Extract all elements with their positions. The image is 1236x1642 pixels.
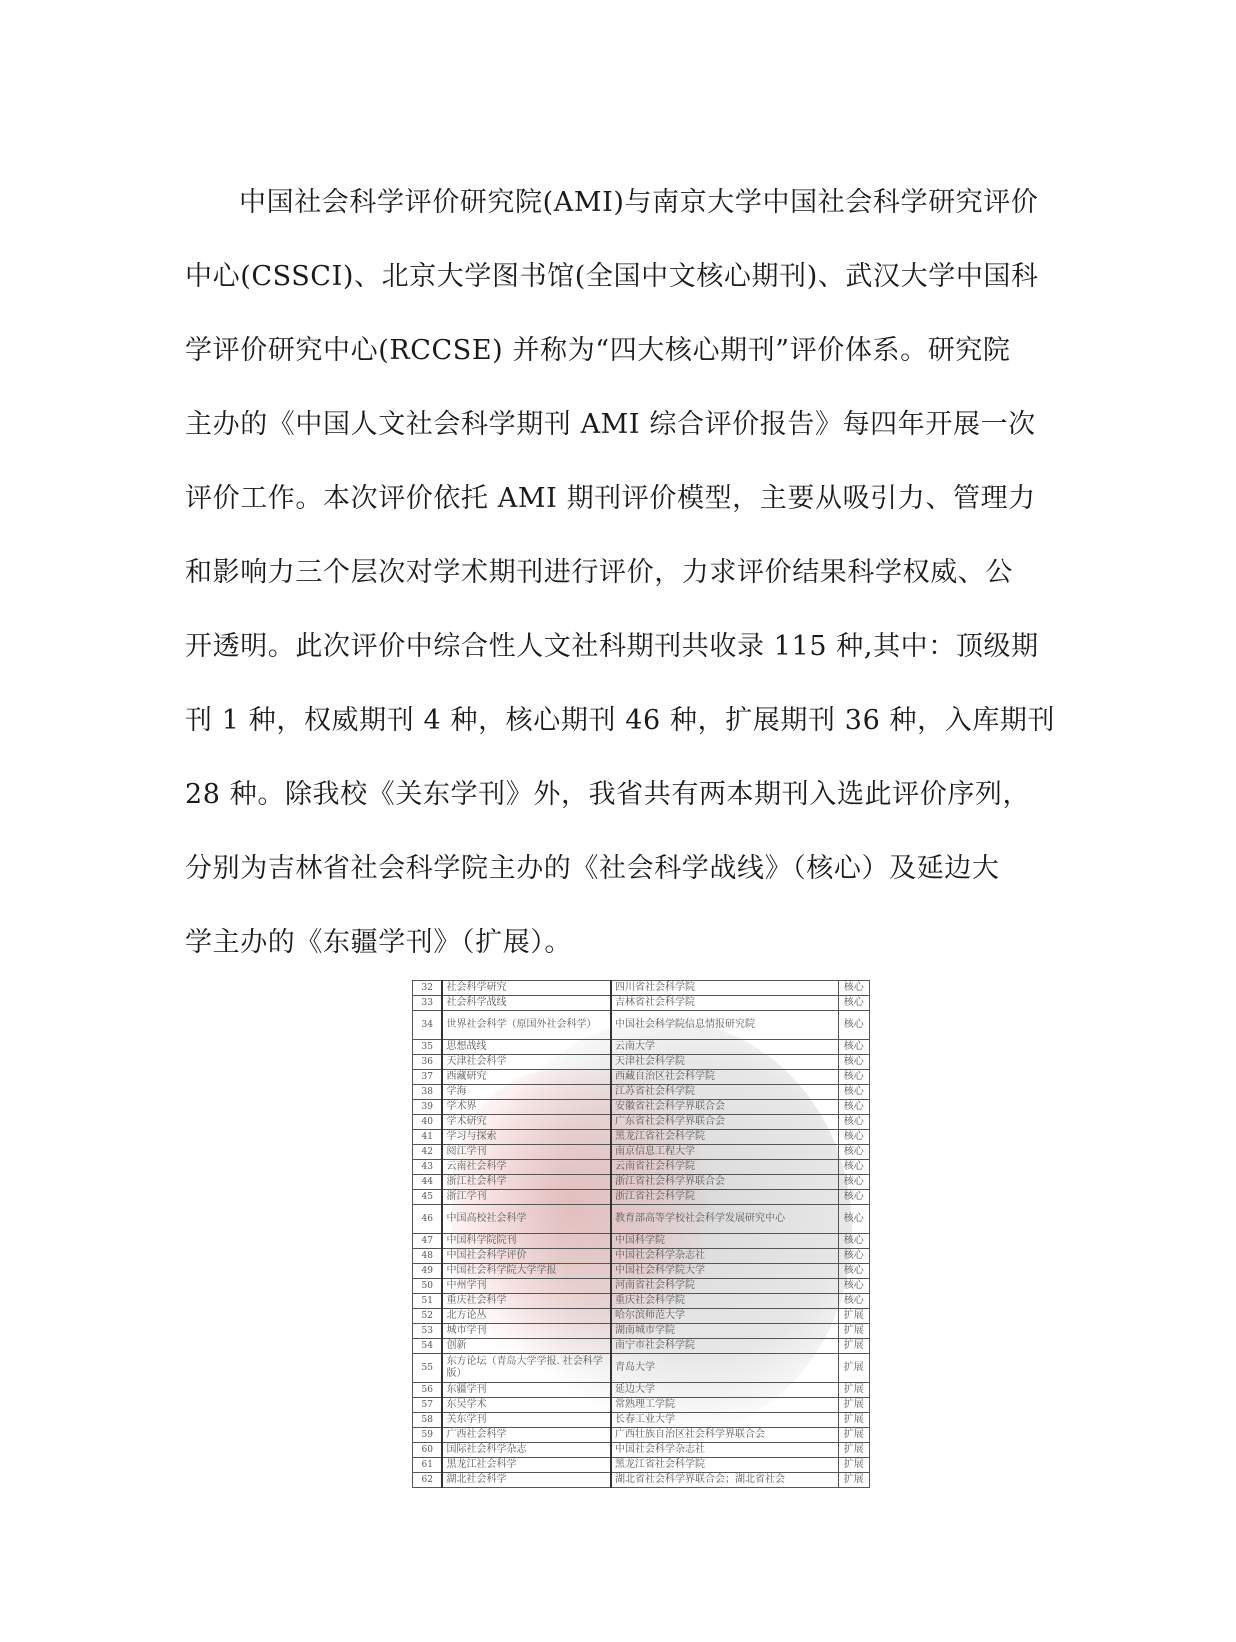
row-number-cell: 42 (413, 1145, 443, 1160)
journal-name-cell: 东疆学刊 (442, 1383, 611, 1398)
table-row: 42阅江学刊南京信息工程大学核心 (413, 1145, 870, 1160)
table-row: 34世界社会科学（原国外社会科学）中国社会科学院信息情报研究院核心 (413, 1011, 870, 1040)
journal-name-cell: 中州学刊 (442, 1279, 611, 1294)
publisher-cell: 西藏自治区社会科学院 (611, 1070, 838, 1085)
table-row: 56东疆学刊延边大学扩展 (413, 1383, 870, 1398)
table-row: 47中国科学院院刊中国科学院核心 (413, 1234, 870, 1249)
journal-table-body: 32社会科学研究四川省社会科学院核心33社会科学战线吉林省社会科学院核心34世界… (413, 981, 870, 1488)
journal-name-cell: 关东学刊 (442, 1413, 611, 1428)
table-row: 38学海江苏省社会科学院核心 (413, 1085, 870, 1100)
level-cell: 扩展 (838, 1473, 870, 1488)
paragraph-line: 评价工作。本次评价依托 AMI 期刊评价模型，主要从吸引力、管理力 (185, 471, 1025, 545)
row-number-cell: 47 (413, 1234, 443, 1249)
publisher-cell: 四川省社会科学院 (611, 981, 838, 996)
level-cell: 扩展 (838, 1398, 870, 1413)
publisher-cell: 中国社会科学杂志社 (611, 1249, 838, 1264)
row-number-cell: 50 (413, 1279, 443, 1294)
publisher-cell: 南宁市社会科学院 (611, 1339, 838, 1354)
paragraph-line: 刊 1 种，权威期刊 4 种，核心期刊 46 种，扩展期刊 36 种，入库期刊 (185, 693, 1025, 767)
level-cell: 扩展 (838, 1309, 870, 1324)
paragraph-line: 主办的《中国人文社会科学期刊 AMI 综合评价报告》每四年开展一次 (185, 397, 1025, 471)
journal-name-cell: 中国社会科学评价 (442, 1249, 611, 1264)
row-number-cell: 51 (413, 1294, 443, 1309)
table-row: 39学术界安徽省社会科学界联合会核心 (413, 1100, 870, 1115)
table-row: 35思想战线云南大学核心 (413, 1040, 870, 1055)
level-cell: 核心 (838, 1294, 870, 1309)
publisher-cell: 浙江省社会科学界联合会 (611, 1175, 838, 1190)
row-number-cell: 52 (413, 1309, 443, 1324)
level-cell: 扩展 (838, 1443, 870, 1458)
journal-name-cell: 黑龙江社会科学 (442, 1458, 611, 1473)
level-cell: 核心 (838, 1234, 870, 1249)
publisher-cell: 教育部高等学校社会科学发展研究中心 (611, 1205, 838, 1234)
level-cell: 扩展 (838, 1458, 870, 1473)
level-cell: 核心 (838, 1100, 870, 1115)
journal-name-cell: 重庆社会科学 (442, 1294, 611, 1309)
level-cell: 核心 (838, 1175, 870, 1190)
publisher-cell: 青岛大学 (611, 1354, 838, 1383)
publisher-cell: 中国社会科学院大学 (611, 1264, 838, 1279)
publisher-cell: 浙江省社会科学院 (611, 1190, 838, 1205)
row-number-cell: 57 (413, 1398, 443, 1413)
level-cell: 扩展 (838, 1383, 870, 1398)
level-cell: 核心 (838, 1264, 870, 1279)
table-row: 32社会科学研究四川省社会科学院核心 (413, 981, 870, 996)
table-row: 61黑龙江社会科学黑龙江省社会科学院扩展 (413, 1458, 870, 1473)
journal-name-cell: 浙江学刊 (442, 1190, 611, 1205)
level-cell: 核心 (838, 1070, 870, 1085)
publisher-cell: 黑龙江省社会科学院 (611, 1458, 838, 1473)
level-cell: 核心 (838, 1279, 870, 1294)
journal-name-cell: 城市学刊 (442, 1324, 611, 1339)
publisher-cell: 广西壮族自治区社会科学界联合会 (611, 1428, 838, 1443)
level-cell: 核心 (838, 1011, 870, 1040)
row-number-cell: 56 (413, 1383, 443, 1398)
journal-name-cell: 学习与探索 (442, 1130, 611, 1145)
journal-name-cell: 国际社会科学杂志 (442, 1443, 611, 1458)
publisher-cell: 重庆社会科学院 (611, 1294, 838, 1309)
journal-name-cell: 天津社会科学 (442, 1055, 611, 1070)
table-row: 58关东学刊长春工业大学扩展 (413, 1413, 870, 1428)
row-number-cell: 49 (413, 1264, 443, 1279)
row-number-cell: 36 (413, 1055, 443, 1070)
row-number-cell: 32 (413, 981, 443, 996)
paragraph-line: 分别为吉林省社会科学院主办的《社会科学战线》（核心）及延边大 (185, 841, 1025, 915)
publisher-cell: 长春工业大学 (611, 1413, 838, 1428)
table-row: 52北方论丛哈尔滨师范大学扩展 (413, 1309, 870, 1324)
paragraph-line: 中心(CSSCI)、北京大学图书馆(全国中文核心期刊)、武汉大学中国科 (185, 249, 1025, 323)
row-number-cell: 34 (413, 1011, 443, 1040)
journal-name-cell: 社会科学战线 (442, 996, 611, 1011)
table-row: 60国际社会科学杂志中国社会科学杂志社扩展 (413, 1443, 870, 1458)
row-number-cell: 40 (413, 1115, 443, 1130)
table-row: 49中国社会科学院大学学报中国社会科学院大学核心 (413, 1264, 870, 1279)
journal-name-cell: 湖北社会科学 (442, 1473, 611, 1488)
table-row: 53城市学刊湖南城市学院扩展 (413, 1324, 870, 1339)
row-number-cell: 53 (413, 1324, 443, 1339)
table-row: 43云南社会科学云南省社会科学院核心 (413, 1160, 870, 1175)
journal-name-cell: 中国高校社会科学 (442, 1205, 611, 1234)
publisher-cell: 黑龙江省社会科学院 (611, 1130, 838, 1145)
journal-name-cell: 创新 (442, 1339, 611, 1354)
table-row: 37西藏研究西藏自治区社会科学院核心 (413, 1070, 870, 1085)
level-cell: 核心 (838, 1115, 870, 1130)
paragraph-line: 中国社会科学评价研究院(AMI)与南京大学中国社会科学研究评价 (185, 175, 1025, 249)
level-cell: 核心 (838, 1085, 870, 1100)
publisher-cell: 湖南城市学院 (611, 1324, 838, 1339)
table-row: 54创新南宁市社会科学院扩展 (413, 1339, 870, 1354)
level-cell: 核心 (838, 1190, 870, 1205)
publisher-cell: 中国社会科学杂志社 (611, 1443, 838, 1458)
journal-name-cell: 学术界 (442, 1100, 611, 1115)
publisher-cell: 江苏省社会科学院 (611, 1085, 838, 1100)
journal-name-cell: 浙江社会科学 (442, 1175, 611, 1190)
table-row: 33社会科学战线吉林省社会科学院核心 (413, 996, 870, 1011)
row-number-cell: 33 (413, 996, 443, 1011)
journal-name-cell: 北方论丛 (442, 1309, 611, 1324)
journal-name-cell: 阅江学刊 (442, 1145, 611, 1160)
paragraph-line: 学评价研究中心(RCCSE) 并称为“四大核心期刊”评价体系。研究院 (185, 323, 1025, 397)
row-number-cell: 58 (413, 1413, 443, 1428)
row-number-cell: 61 (413, 1458, 443, 1473)
table-row: 44浙江社会科学浙江省社会科学界联合会核心 (413, 1175, 870, 1190)
journal-table: 32社会科学研究四川省社会科学院核心33社会科学战线吉林省社会科学院核心34世界… (412, 980, 870, 1488)
level-cell: 扩展 (838, 1428, 870, 1443)
publisher-cell: 湖北省社会科学界联合会；湖北省社会 (611, 1473, 838, 1488)
journal-name-cell: 中国科学院院刊 (442, 1234, 611, 1249)
paragraph-line: 开透明。此次评价中综合性人文社科期刊共收录 115 种,其中：顶级期 (185, 619, 1025, 693)
publisher-cell: 中国科学院 (611, 1234, 838, 1249)
publisher-cell: 云南省社会科学院 (611, 1160, 838, 1175)
paragraph-line: 学主办的《东疆学刊》（扩展）。 (185, 915, 1025, 989)
journal-name-cell: 云南社会科学 (442, 1160, 611, 1175)
row-number-cell: 45 (413, 1190, 443, 1205)
journal-name-cell: 东吴学术 (442, 1398, 611, 1413)
row-number-cell: 39 (413, 1100, 443, 1115)
row-number-cell: 46 (413, 1205, 443, 1234)
table-row: 45浙江学刊浙江省社会科学院核心 (413, 1190, 870, 1205)
journal-name-cell: 广西社会科学 (442, 1428, 611, 1443)
journal-name-cell: 社会科学研究 (442, 981, 611, 996)
level-cell: 扩展 (838, 1339, 870, 1354)
level-cell: 核心 (838, 1205, 870, 1234)
publisher-cell: 吉林省社会科学院 (611, 996, 838, 1011)
table-row: 36天津社会科学天津社会科学院核心 (413, 1055, 870, 1070)
row-number-cell: 38 (413, 1085, 443, 1100)
paragraph-line: 28 种。除我校《关东学刊》外，我省共有两本期刊入选此评价序列， (185, 767, 1025, 841)
journal-name-cell: 学术研究 (442, 1115, 611, 1130)
publisher-cell: 安徽省社会科学界联合会 (611, 1100, 838, 1115)
table-row: 48中国社会科学评价中国社会科学杂志社核心 (413, 1249, 870, 1264)
row-number-cell: 43 (413, 1160, 443, 1175)
level-cell: 核心 (838, 1130, 870, 1145)
level-cell: 核心 (838, 981, 870, 996)
document-page: 中国社会科学评价研究院(AMI)与南京大学中国社会科学研究评价 中心(CSSCI… (0, 0, 1236, 1642)
row-number-cell: 54 (413, 1339, 443, 1354)
level-cell: 核心 (838, 1160, 870, 1175)
level-cell: 核心 (838, 996, 870, 1011)
table-row: 51重庆社会科学重庆社会科学院核心 (413, 1294, 870, 1309)
table-row: 59广西社会科学广西壮族自治区社会科学界联合会扩展 (413, 1428, 870, 1443)
journal-name-cell: 世界社会科学（原国外社会科学） (442, 1011, 611, 1040)
body-paragraph: 中国社会科学评价研究院(AMI)与南京大学中国社会科学研究评价 中心(CSSCI… (185, 175, 1025, 989)
row-number-cell: 41 (413, 1130, 443, 1145)
row-number-cell: 60 (413, 1443, 443, 1458)
level-cell: 核心 (838, 1040, 870, 1055)
row-number-cell: 37 (413, 1070, 443, 1085)
journal-name-cell: 学海 (442, 1085, 611, 1100)
table-row: 40学术研究广东省社会科学界联合会核心 (413, 1115, 870, 1130)
row-number-cell: 59 (413, 1428, 443, 1443)
publisher-cell: 河南省社会科学院 (611, 1279, 838, 1294)
row-number-cell: 44 (413, 1175, 443, 1190)
row-number-cell: 62 (413, 1473, 443, 1488)
journal-name-cell: 中国社会科学院大学学报 (442, 1264, 611, 1279)
level-cell: 扩展 (838, 1354, 870, 1383)
publisher-cell: 云南大学 (611, 1040, 838, 1055)
row-number-cell: 55 (413, 1354, 443, 1383)
level-cell: 扩展 (838, 1324, 870, 1339)
publisher-cell: 哈尔滨师范大学 (611, 1309, 838, 1324)
table-row: 55东方论坛（青岛大学学报. 社会科学版）青岛大学扩展 (413, 1354, 870, 1383)
table-row: 57东吴学术常熟理工学院扩展 (413, 1398, 870, 1413)
journal-name-cell: 东方论坛（青岛大学学报. 社会科学版） (442, 1354, 611, 1383)
publisher-cell: 天津社会科学院 (611, 1055, 838, 1070)
level-cell: 核心 (838, 1055, 870, 1070)
journal-name-cell: 西藏研究 (442, 1070, 611, 1085)
level-cell: 扩展 (838, 1413, 870, 1428)
journal-table-image: 32社会科学研究四川省社会科学院核心33社会科学战线吉林省社会科学院核心34世界… (412, 980, 872, 1560)
publisher-cell: 延边大学 (611, 1383, 838, 1398)
publisher-cell: 中国社会科学院信息情报研究院 (611, 1011, 838, 1040)
table-row: 50中州学刊河南省社会科学院核心 (413, 1279, 870, 1294)
level-cell: 核心 (838, 1249, 870, 1264)
publisher-cell: 常熟理工学院 (611, 1398, 838, 1413)
journal-name-cell: 思想战线 (442, 1040, 611, 1055)
paragraph-line: 和影响力三个层次对学术期刊进行评价，力求评价结果科学权威、公 (185, 545, 1025, 619)
table-row: 41学习与探索黑龙江省社会科学院核心 (413, 1130, 870, 1145)
row-number-cell: 35 (413, 1040, 443, 1055)
level-cell: 核心 (838, 1145, 870, 1160)
publisher-cell: 南京信息工程大学 (611, 1145, 838, 1160)
table-row: 62湖北社会科学湖北省社会科学界联合会；湖北省社会扩展 (413, 1473, 870, 1488)
row-number-cell: 48 (413, 1249, 443, 1264)
table-row: 46中国高校社会科学教育部高等学校社会科学发展研究中心核心 (413, 1205, 870, 1234)
publisher-cell: 广东省社会科学界联合会 (611, 1115, 838, 1130)
